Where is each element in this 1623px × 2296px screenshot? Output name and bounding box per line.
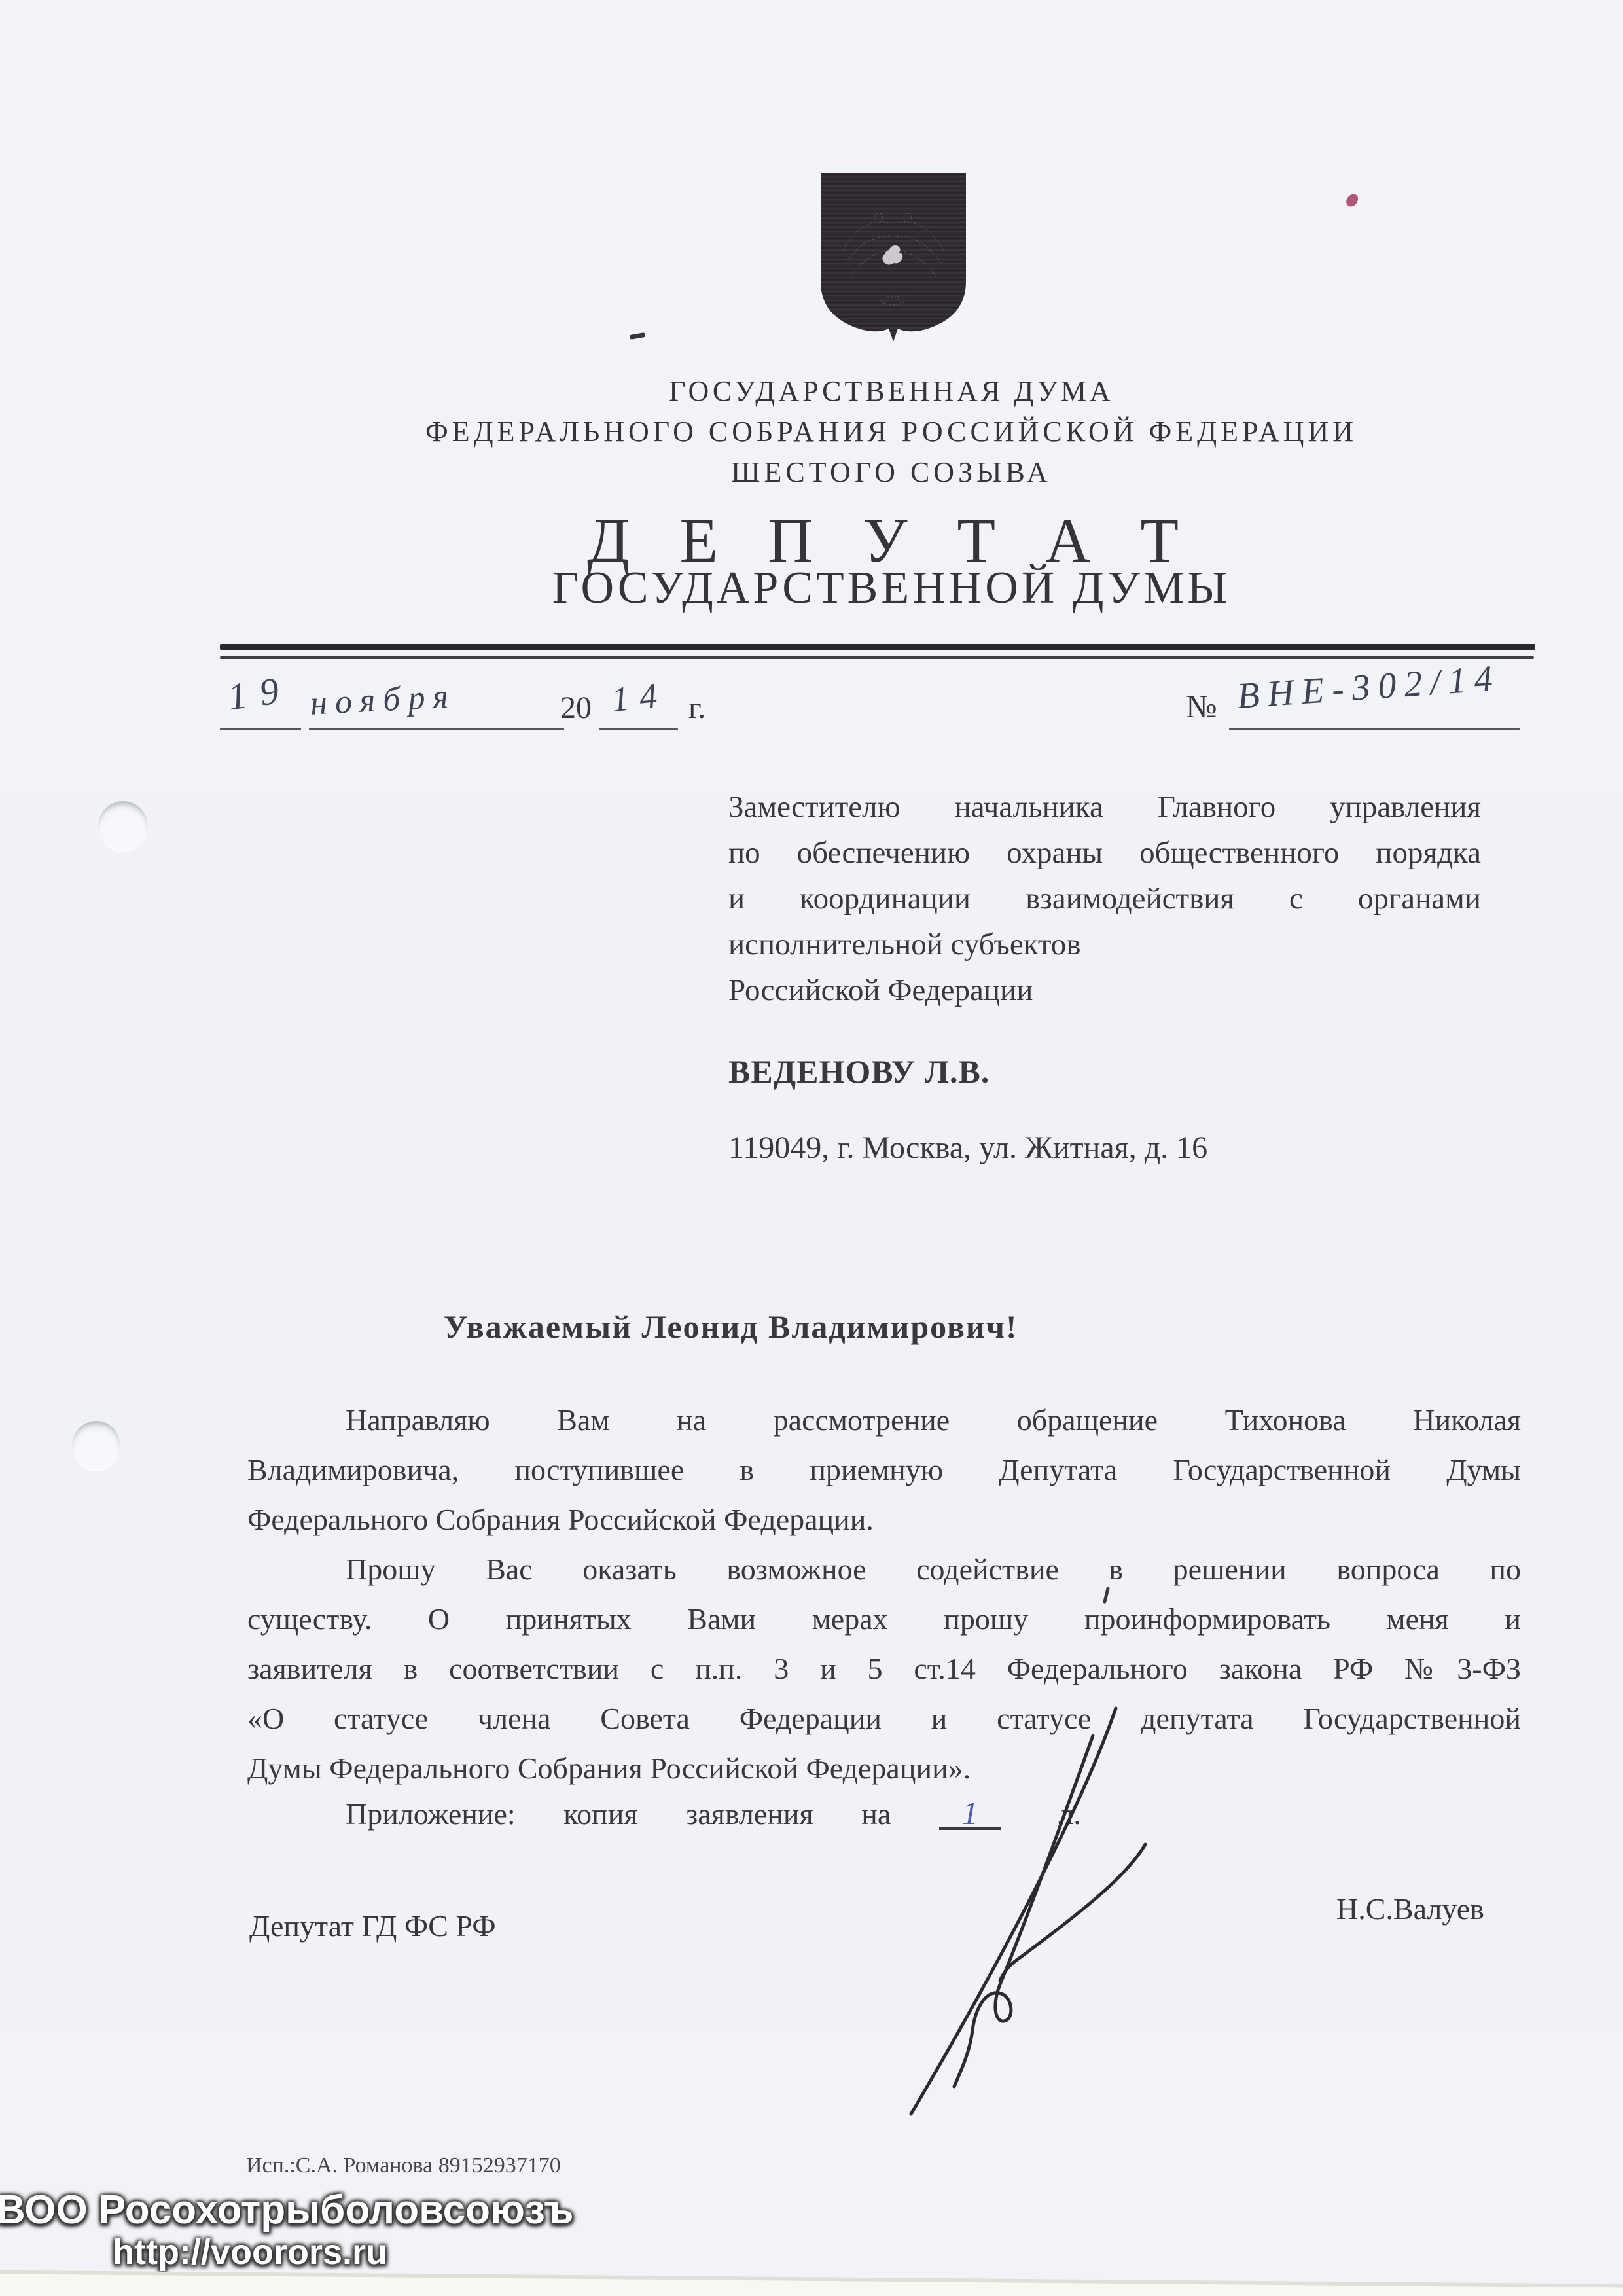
date-day-handwritten: 19	[225, 670, 294, 716]
date-month-underline	[309, 728, 564, 730]
signer-name: Н.С.Валуев	[1336, 1894, 1484, 1924]
addressee-block: Заместителю начальника Главного управлен…	[728, 784, 1481, 1013]
addressee-address: 119049, г. Москва, ул. Житная, д. 16	[728, 1130, 1207, 1166]
punch-hole-top	[98, 801, 148, 852]
org-name-line3: ШЕСТОГО СОЗЫВА	[237, 458, 1546, 487]
red-ink-speck	[1345, 192, 1360, 209]
org-name-line1: ГОСУДАРСТВЕННАЯ ДУМА	[237, 377, 1546, 406]
body-line: заявителя в соответствии с п.п. 3 и 5 ст…	[247, 1644, 1521, 1694]
date-day-underline	[220, 728, 301, 730]
date-month-handwritten: ноября	[310, 679, 457, 721]
signer-position: Депутат ГД ФС РФ	[249, 1911, 496, 1941]
addressee-line: исполнительной субъектов	[728, 922, 1481, 967]
addressee-line: Заместителю начальника Главного управлен…	[728, 784, 1481, 830]
body-paragraph-1: Направляю Вам на рассмотрение обращение …	[247, 1395, 1521, 1545]
date-year-underline	[599, 728, 678, 730]
punch-hole-bottom	[72, 1421, 120, 1471]
date-year-prefix: 20	[560, 692, 592, 724]
body-line: существу. О принятых Вами мерах прошу пр…	[247, 1594, 1521, 1644]
addressee-line: Российской Федерации	[728, 967, 1481, 1013]
addressee-line: по обеспечению охраны общественного поря…	[728, 830, 1481, 876]
body-line: Владимировича, поступившее в приемную Де…	[247, 1445, 1521, 1495]
role-title-line2: ГОСУДАРСТВЕННОЙ ДУМЫ	[237, 565, 1546, 611]
body-line: Федерального Собрания Российской Федерац…	[247, 1495, 1521, 1545]
date-year-handwritten: 14	[609, 677, 669, 718]
addressee-line: и координации взаимодействия с органами	[728, 876, 1481, 922]
org-name-line2: ФЕДЕРАЛЬНОГО СОБРАНИЯ РОССИЙСКОЙ ФЕДЕРАЦ…	[237, 418, 1546, 446]
scanned-letter-page: ГОСУДАРСТВЕННАЯ ДУМА ФЕДЕРАЛЬНОГО СОБРАН…	[0, 0, 1623, 2296]
addressee-name: ВЕДЕНОВУ Л.В.	[728, 1052, 990, 1090]
letterhead-rule-thin	[220, 656, 1534, 659]
number-underline	[1229, 728, 1520, 730]
body-line: Направляю Вам на рассмотрение обращение …	[247, 1395, 1521, 1445]
number-sign: №	[1186, 690, 1217, 723]
state-emblem-icon	[817, 171, 970, 343]
watermark-url: http://voorors.ru	[113, 2234, 387, 2270]
number-value-handwritten: ВНЕ-302/14	[1236, 660, 1502, 715]
executor-line: Исп.:С.А. Романова 89152937170	[246, 2153, 561, 2178]
stray-dash-mark	[630, 332, 646, 340]
salutation: Уважаемый Леонид Владимирович!	[444, 1308, 1018, 1346]
watermark-org-name: ВОО Росохотрыболовсоюзъ	[0, 2190, 573, 2231]
body-line: Прошу Вас оказать возможное содействие в…	[247, 1545, 1521, 1594]
attachment-label: Приложение: копия заявления на	[346, 1797, 891, 1831]
date-year-unit: г.	[688, 692, 705, 724]
signature-icon	[864, 1702, 1165, 2121]
letterhead-rule-thick	[220, 644, 1535, 650]
